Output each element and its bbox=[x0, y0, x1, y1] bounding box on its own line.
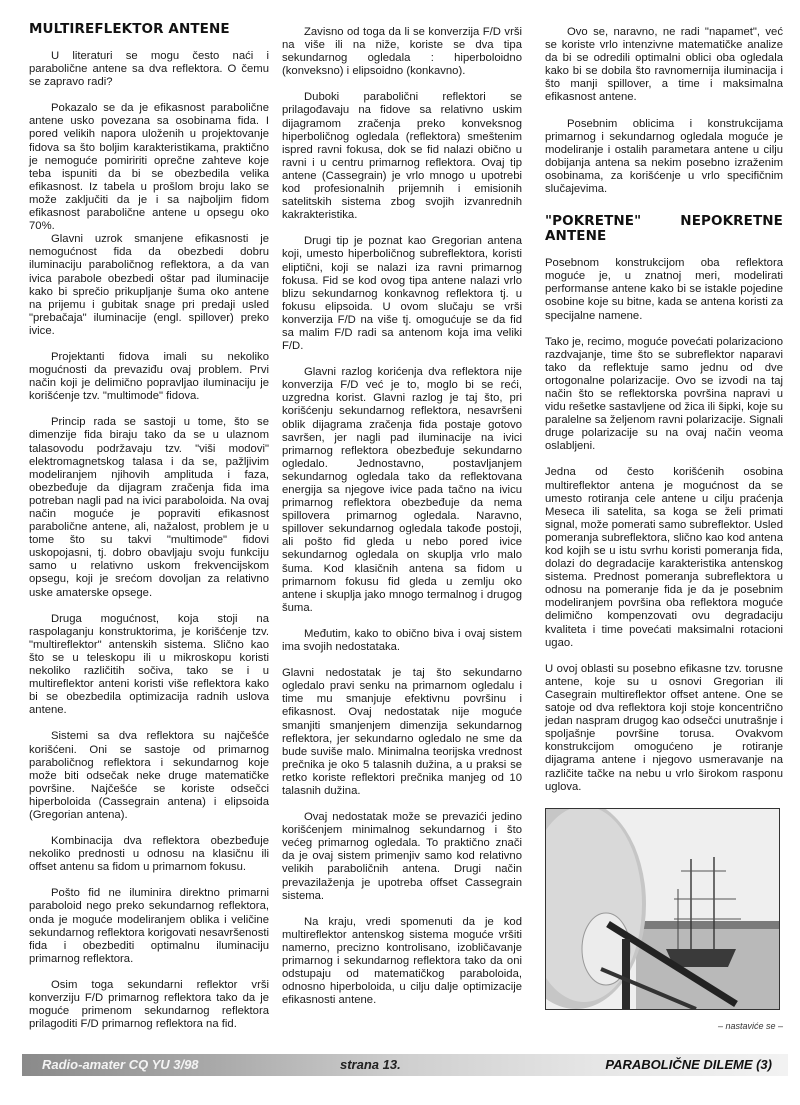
paragraph: Pokazalo se da je efikasnost parabolične… bbox=[29, 102, 269, 233]
antenna-photo bbox=[545, 808, 780, 1010]
paragraph: Druga mogućnost, koja stoji na raspolaga… bbox=[29, 613, 269, 718]
paragraph: Tako je, recimo, moguće povećati polariz… bbox=[545, 336, 783, 454]
paragraph: Sistemi sa dva reflektora su najčešće ko… bbox=[29, 730, 269, 822]
section-title-pokretne: "POKRETNE" NEPOKRETNE ANTENE bbox=[545, 214, 783, 244]
paragraph: Na kraju, vredi spomenuti da je kod mult… bbox=[282, 916, 522, 1008]
dish-and-ship-image bbox=[546, 809, 779, 1009]
paragraph: Glavni nedostatak je taj što sekundarno … bbox=[282, 667, 522, 798]
paragraph: Princip rada se sastoji u tome, što se d… bbox=[29, 416, 269, 599]
column-2: Zavisno od toga da li se konverzija F/D … bbox=[282, 26, 522, 1020]
paragraph: Glavni razlog korićenja dva reflektora n… bbox=[282, 366, 522, 615]
paragraph: Projektanti fidova imali su nekoliko mog… bbox=[29, 351, 269, 403]
paragraph: Međutim, kako to obično biva i ovaj sist… bbox=[282, 628, 522, 654]
paragraph: Osim toga sekundarni reflektor vrši konv… bbox=[29, 979, 269, 1031]
paragraph: Pošto fid ne iluminira direktno primarni… bbox=[29, 887, 269, 966]
paragraph: Posebnim oblicima i konstrukcijama prima… bbox=[545, 118, 783, 197]
paragraph: Posebnom konstrukcijom oba reflektora mo… bbox=[545, 257, 783, 322]
paragraph: U ovoj oblasti su posebno efikasne tzv. … bbox=[545, 663, 783, 794]
paragraph: Duboki parabolični reflektori se prilago… bbox=[282, 91, 522, 222]
paragraph: Ovo se, naravno, ne radi "napamet", već … bbox=[545, 26, 783, 105]
page-number: strana 13. bbox=[340, 1057, 401, 1072]
column-1: MULTIREFLEKTOR ANTENE U literaturi se mo… bbox=[29, 22, 269, 1044]
paragraph: Ovaj nedostatak može se prevazići jedino… bbox=[282, 811, 522, 903]
continued-note: – nastaviće se – bbox=[545, 1020, 783, 1033]
paragraph: Jedna od često korišćenih osobina multir… bbox=[545, 466, 783, 649]
paragraph: Drugi tip je poznat kao Gregorian antena… bbox=[282, 235, 522, 353]
paragraph: Kombinacija dva reflektora obezbeđuje ne… bbox=[29, 835, 269, 874]
section-title-multireflektor: MULTIREFLEKTOR ANTENE bbox=[29, 22, 269, 37]
column-3: Ovo se, naravno, ne radi "napamet", već … bbox=[545, 26, 783, 1033]
series-title: PARABOLIČNE DILEME (3) bbox=[605, 1057, 772, 1072]
paragraph: Glavni uzrok smanjene efikasnosti je nem… bbox=[29, 233, 269, 338]
paragraph: U literaturi se mogu često naći i parabo… bbox=[29, 50, 269, 89]
paragraph: Zavisno od toga da li se konverzija F/D … bbox=[282, 26, 522, 78]
magazine-issue: Radio-amater CQ YU 3/98 bbox=[42, 1057, 199, 1072]
page-footer: Radio-amater CQ YU 3/98 strana 13. PARAB… bbox=[22, 1054, 788, 1076]
